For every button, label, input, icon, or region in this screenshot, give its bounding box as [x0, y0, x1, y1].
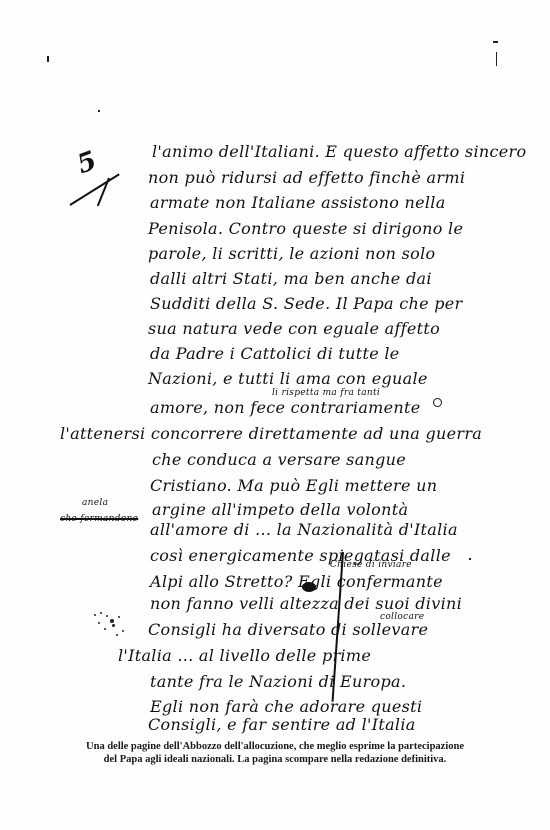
- ink-smudge: [92, 610, 132, 640]
- ink-circle: [433, 398, 442, 407]
- manuscript-line: Consigli, e far sentire ad l'Italia: [148, 715, 416, 734]
- caption-line-1: Una delle pagine dell'Abbozzo dell'alloc…: [0, 740, 550, 753]
- manuscript-line: tante fra le Nazioni di Europa.: [150, 672, 406, 691]
- manuscript-page: 5 l'animo dell'Italiani. E questo affett…: [0, 0, 550, 830]
- manuscript-line: all'amore di ... la Nazionalità d'Italia: [150, 520, 458, 539]
- ink-blot: [302, 582, 316, 592]
- scan-mark-top-right-bar: [496, 52, 497, 66]
- scan-speck: [469, 558, 471, 560]
- manuscript-line: dalli altri Stati, ma ben anche dai: [150, 269, 432, 288]
- page-number-slash: [69, 173, 119, 205]
- page-number-mark: 5: [73, 146, 100, 180]
- manuscript-line: l'animo dell'Italiani. E questo affetto …: [152, 142, 526, 161]
- manuscript-line: parole, li scritti, le azioni non solo: [148, 244, 435, 263]
- manuscript-line: non fanno velli altezza dei suoi divini: [150, 594, 462, 613]
- manuscript-line: Nazioni, e tutti li ama con eguale: [148, 369, 428, 388]
- manuscript-line: non può ridursi ad effetto finchè armi: [148, 168, 465, 187]
- manuscript-line: Cristiano. Ma può Egli mettere un: [150, 476, 437, 495]
- interlinear-note: li rispetta ma fra tanti: [272, 388, 380, 398]
- manuscript-line: Egli non farà che adorare questi: [150, 697, 422, 716]
- scan-speck: [98, 110, 100, 112]
- figure-caption: Una delle pagine dell'Abbozzo dell'alloc…: [0, 740, 550, 766]
- margin-note-anela: anela: [82, 498, 108, 508]
- manuscript-line-margin: l'attenersi concorrere direttamente ad u…: [60, 424, 482, 443]
- manuscript-line: Penisola. Contro queste si dirigono le: [148, 219, 463, 238]
- manuscript-line: Alpi allo Stretto? Egli confermante: [150, 572, 443, 591]
- manuscript-line: amore, non fece contrariamente: [150, 398, 421, 417]
- scan-mark-top-left: [47, 56, 49, 62]
- caption-line-2: del Papa agli ideali nazionali. La pagin…: [0, 753, 550, 766]
- manuscript-line: Consigli ha diversato di sollevare: [148, 620, 428, 639]
- manuscript-line-text: amore, non fece contrariamente: [150, 398, 421, 417]
- manuscript-line: sua natura vede con eguale affetto: [148, 319, 440, 338]
- manuscript-line: che conduca a versare sangue: [152, 450, 406, 469]
- manuscript-line: l'Italia ... al livello delle prime: [118, 646, 371, 665]
- manuscript-line: da Padre i Cattolici di tutte le: [150, 344, 400, 363]
- scan-mark-top-right: [493, 41, 498, 43]
- manuscript-line: argine all'impeto della volontà: [152, 500, 408, 519]
- manuscript-line-text: all'amore di ... la Nazionalità d'Italia: [150, 520, 458, 539]
- manuscript-line: armate non Italiane assistono nella: [150, 193, 446, 212]
- margin-note-struck: che fermandone: [60, 514, 138, 524]
- manuscript-line: Sudditi della S. Sede. Il Papa che per: [150, 294, 463, 313]
